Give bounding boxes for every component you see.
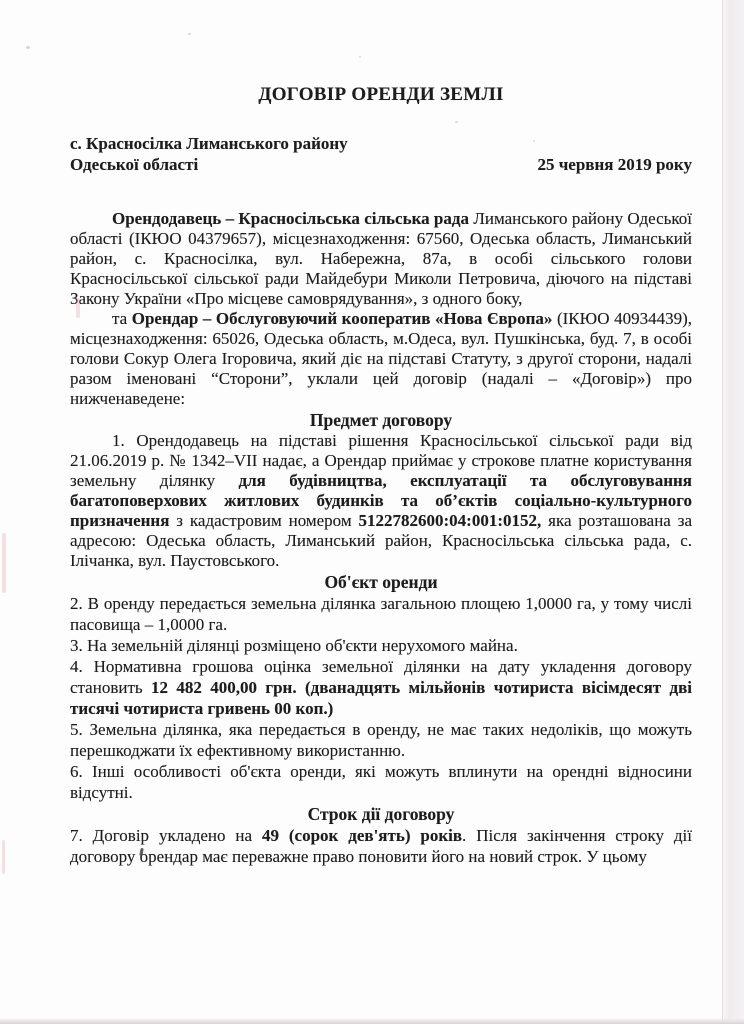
clause-3-paragraph: 3. На земельній ділянці розміщено об'єкт… — [70, 635, 692, 656]
clause-4-paragraph: 4. Нормативна грошова оцінка земельної д… — [70, 656, 692, 719]
clause-5-paragraph: 5. Земельна ділянка, яка передається в о… — [70, 719, 692, 761]
place-line-2: Одеської області — [70, 154, 198, 175]
scan-pink-artifact — [76, 298, 80, 318]
scan-speck — [188, 33, 191, 35]
scan-pink-artifact — [2, 533, 6, 593]
clause-6-paragraph: 6. Інші особливості об'єкта оренди, які … — [70, 761, 692, 803]
scan-right-edge-shadow — [722, 0, 744, 1024]
scan-speck — [455, 121, 458, 123]
scan-speck — [359, 56, 361, 58]
clause-7-paragraph: 7. Договір укладено на 49 (сорок дев'ять… — [70, 825, 692, 867]
section-heading-subject: Предмет договору — [70, 409, 692, 431]
contract-date: 25 червня 2019 року — [537, 154, 692, 175]
scan-speck — [26, 46, 30, 49]
preamble-lessee-paragraph: та Орендар – Обслуговуючий кооператив «Н… — [70, 309, 692, 409]
place-line-1: с. Красносілка Лиманського району — [70, 133, 692, 154]
document-content: ДОГОВІР ОРЕНДИ ЗЕМЛІ с. Красносілка Лима… — [70, 84, 692, 867]
place-date-block: с. Красносілка Лиманського району Одеськ… — [70, 133, 692, 175]
preamble-lessor-paragraph: Орендодавець – Красносільська сільська р… — [70, 209, 692, 309]
section-heading-term: Строк дії договору — [70, 803, 692, 825]
scan-bottom-edge-shadow — [0, 1018, 744, 1024]
clause-1-paragraph: 1. Орендодавець на підставі рішення Крас… — [70, 431, 692, 571]
scanned-document-page: ДОГОВІР ОРЕНДИ ЗЕМЛІ с. Красносілка Лима… — [0, 0, 744, 1024]
scan-speck — [533, 140, 535, 142]
place-date-row: Одеської області 25 червня 2019 року — [70, 154, 692, 175]
section-heading-object: Об'єкт оренди — [70, 571, 692, 593]
scan-pink-artifact — [2, 840, 5, 874]
document-title: ДОГОВІР ОРЕНДИ ЗЕМЛІ — [70, 84, 692, 106]
clause-2-paragraph: 2. В оренду передається земельна ділянка… — [70, 593, 692, 635]
